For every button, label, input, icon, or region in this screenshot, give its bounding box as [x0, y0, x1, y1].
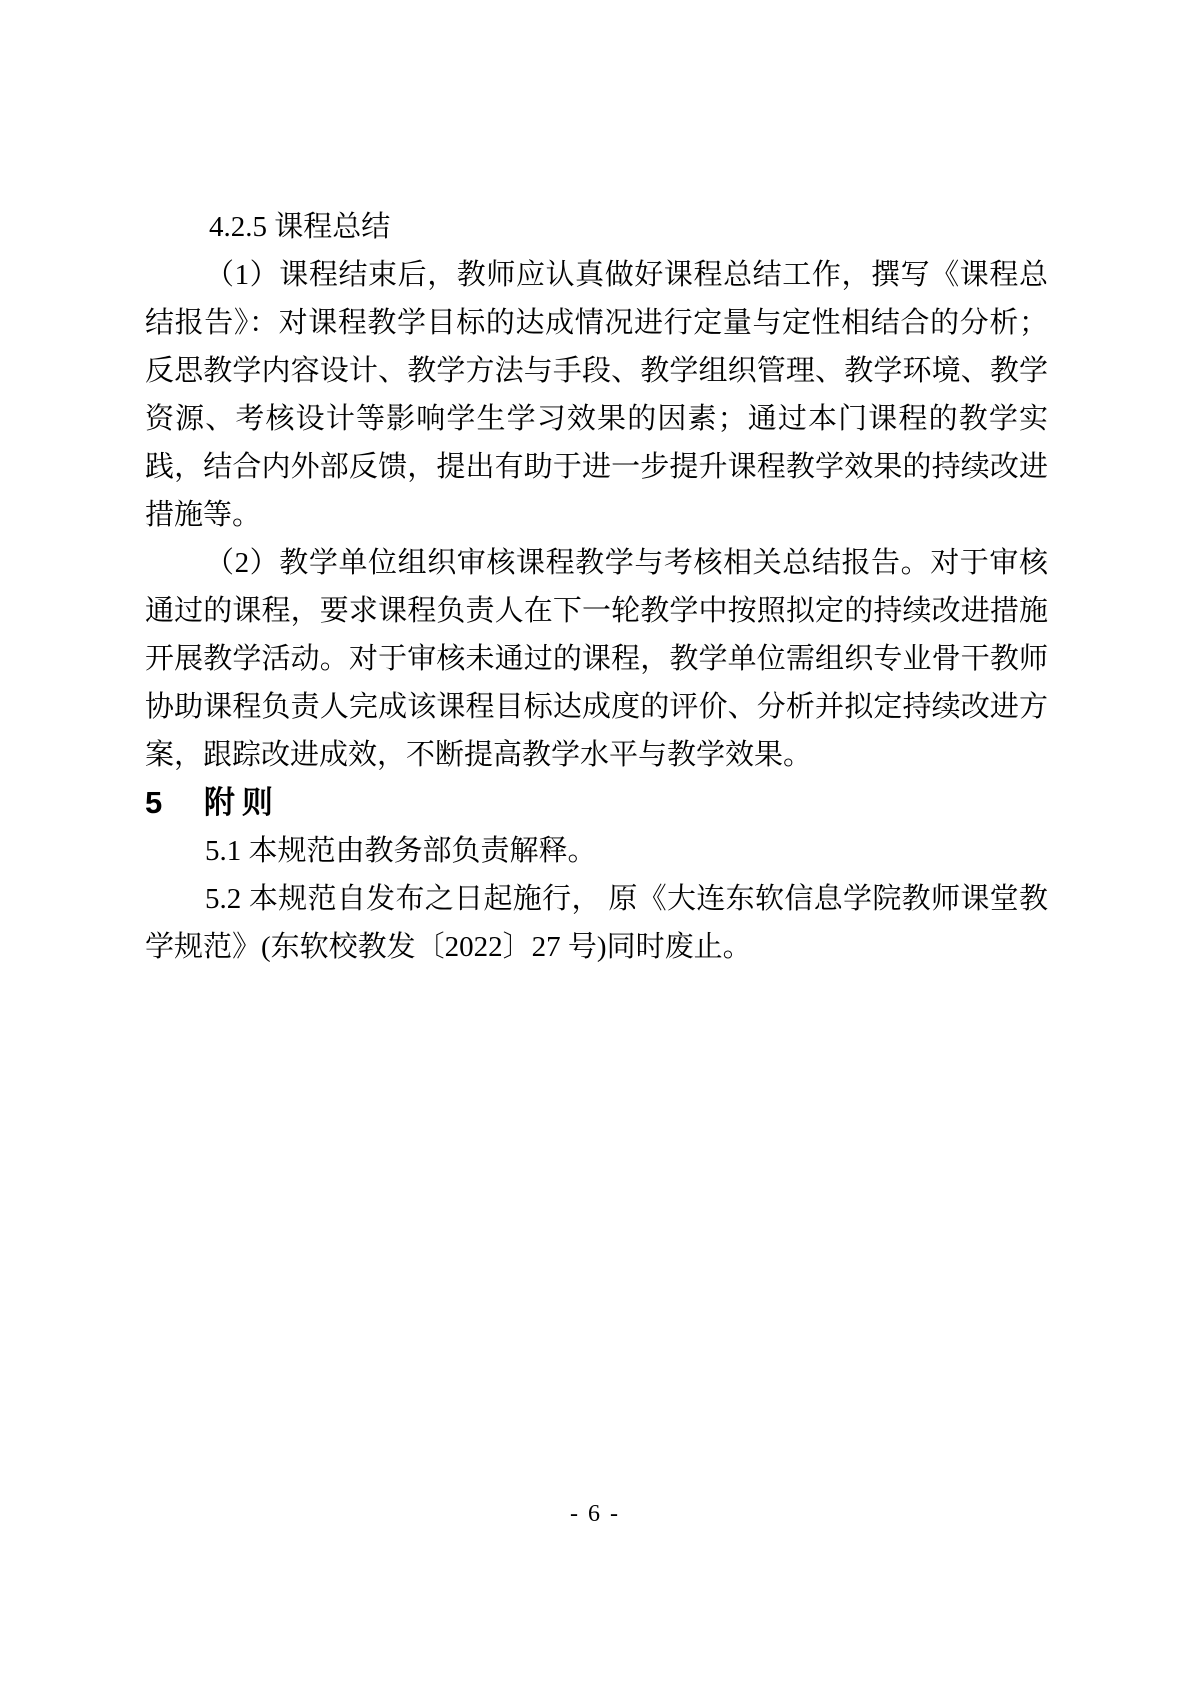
page-footer: - 6 -	[0, 1501, 1190, 1528]
section-5-number: 5	[145, 779, 162, 827]
section-heading-4-2-5: 4.2.5 课程总结	[145, 203, 1048, 251]
page-number: - 6 -	[570, 1501, 620, 1527]
paragraph-5-2: 5.2 本规范自发布之日起施行， 原《大连东软信息学院教师课堂教学规范》(东软校…	[145, 875, 1048, 971]
paragraph-course-summary-1: （1）课程结束后，教师应认真做好课程总结工作，撰写《课程总结报告》：对课程教学目…	[145, 251, 1048, 539]
document-page: 4.2.5 课程总结 （1）课程结束后，教师应认真做好课程总结工作，撰写《课程总…	[0, 0, 1190, 1684]
section-5-title: 附则	[204, 779, 280, 827]
paragraph-5-1: 5.1 本规范由教务部负责解释。	[145, 827, 1048, 875]
paragraph-course-summary-2: （2）教学单位组织审核课程教学与考核相关总结报告。对于审核通过的课程，要求课程负…	[145, 539, 1048, 779]
section-heading-5: 5 附则	[145, 779, 1048, 827]
document-body: 4.2.5 课程总结 （1）课程结束后，教师应认真做好课程总结工作，撰写《课程总…	[145, 203, 1048, 971]
